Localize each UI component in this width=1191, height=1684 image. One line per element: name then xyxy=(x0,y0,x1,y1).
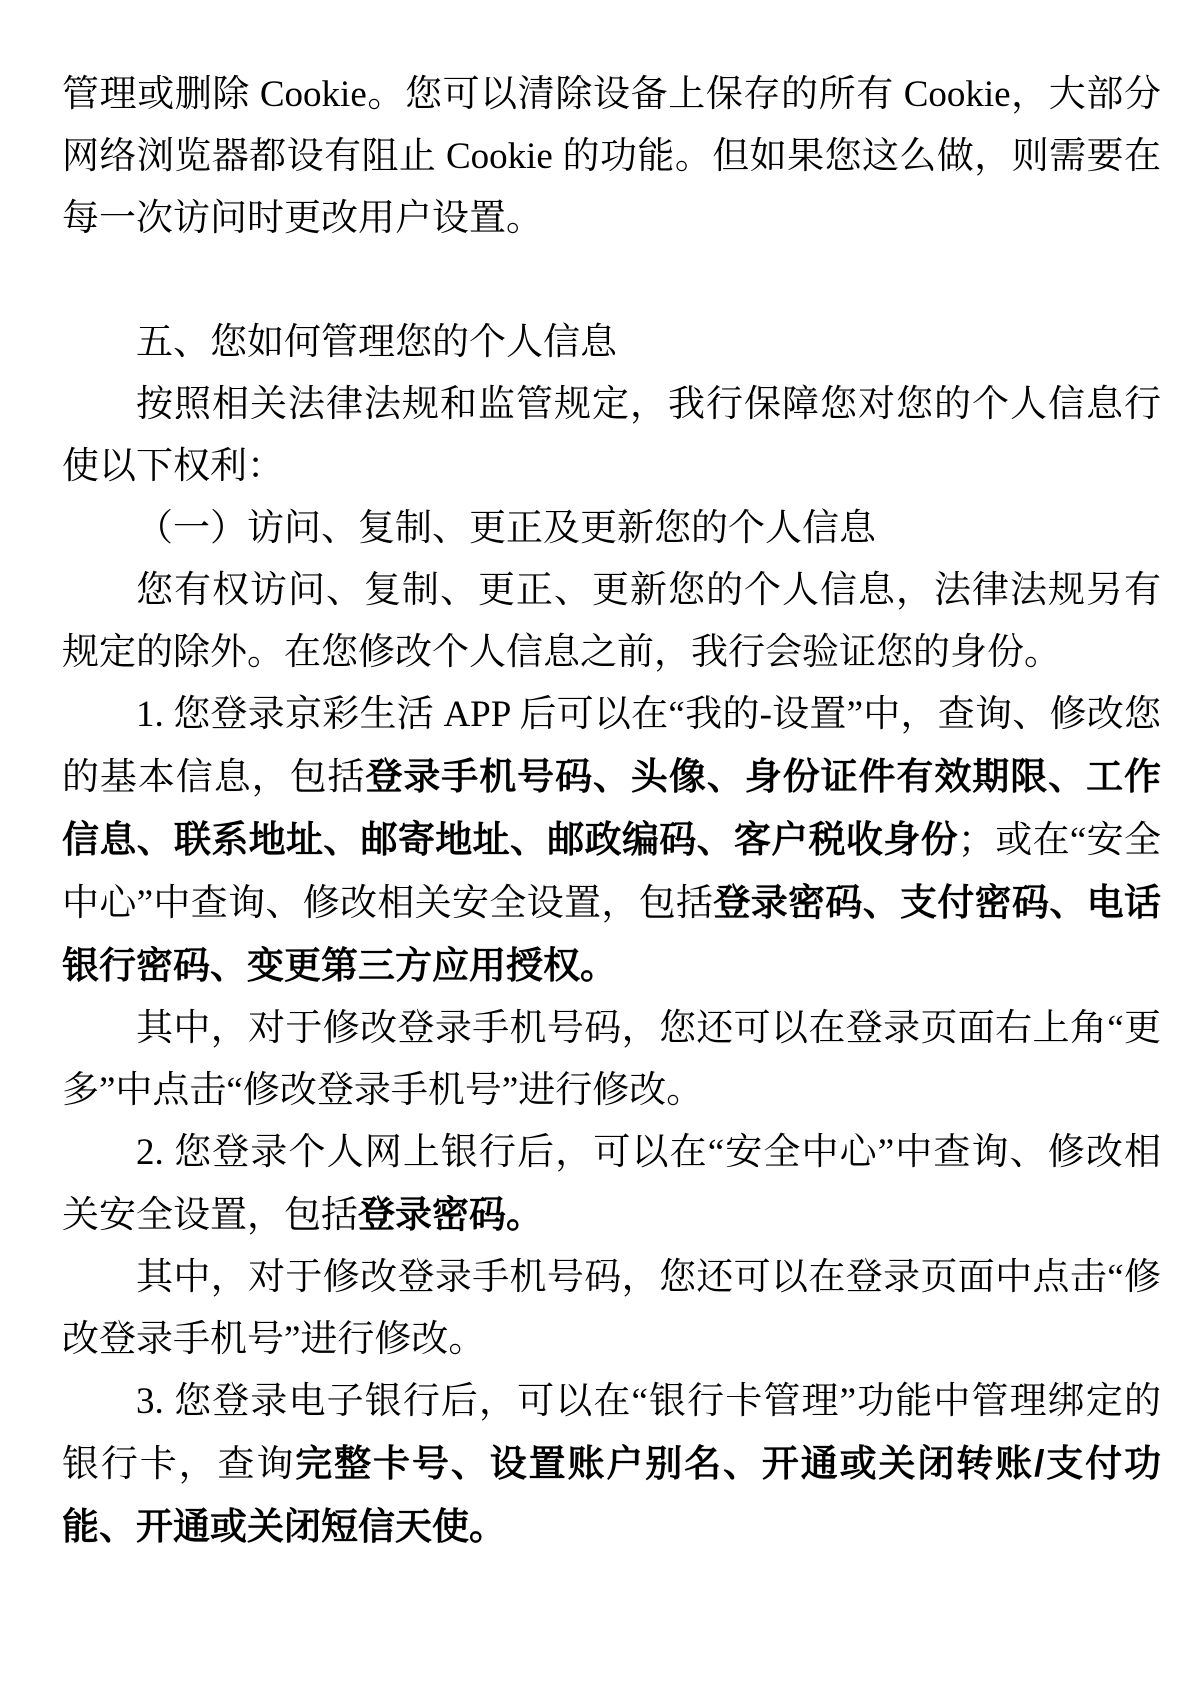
paragraph-access-copy-correct: 您有权访问、复制、更正、更新您的个人信息，法律法规另有规定的除外。在您修改个人信… xyxy=(62,560,1161,684)
paragraph-item-3-ebank-cards: 3. 您登录电子银行后，可以在“银行卡管理”功能中管理绑定的银行卡，查询完整卡号… xyxy=(62,1371,1161,1559)
paragraph-item-1-app-settings: 1. 您登录京彩生活 APP 后可以在“我的-设置”中，查询、修改您的基本信息，… xyxy=(62,684,1161,998)
bold-text-run: 登录密码。 xyxy=(358,1194,543,1235)
paragraph-item-2-note-phone: 其中，对于修改登录手机号码，您还可以在登录页面中点击“修改登录手机号”进行修改。 xyxy=(62,1247,1161,1371)
document-body: 管理或删除 Cookie。您可以清除设备上保存的所有 Cookie，大部分网络浏… xyxy=(62,64,1161,1559)
text-run: 五、您如何管理您的个人信息 xyxy=(136,322,617,363)
text-run: （一）访问、复制、更正及更新您的个人信息 xyxy=(136,508,876,549)
paragraph-item-2-online-banking: 2. 您登录个人网上银行后，可以在“安全中心”中查询、修改相关安全设置，包括登录… xyxy=(62,1122,1161,1247)
text-run: 2. 您登录个人网上银行后，可以在“安全中心”中查询、修改相关安全设置，包括 xyxy=(62,1132,1161,1236)
text-run: 您有权访问、复制、更正、更新您的个人信息，法律法规另有规定的除外。在您修改个人信… xyxy=(62,570,1161,673)
paragraph-rights-intro: 按照相关法律法规和监管规定，我行保障您对您的个人信息行使以下权利： xyxy=(62,374,1161,498)
paragraph-cookie-management-continuation: 管理或删除 Cookie。您可以清除设备上保存的所有 Cookie，大部分网络浏… xyxy=(62,64,1161,250)
document-page: 管理或删除 Cookie。您可以清除设备上保存的所有 Cookie，大部分网络浏… xyxy=(0,0,1191,1684)
text-run: 其中，对于修改登录手机号码，您还可以在登录页面右上角“更多”中点击“修改登录手机… xyxy=(62,1008,1161,1111)
paragraph-item-1-note-phone: 其中，对于修改登录手机号码，您还可以在登录页面右上角“更多”中点击“修改登录手机… xyxy=(62,998,1161,1122)
text-run: 其中，对于修改登录手机号码，您还可以在登录页面中点击“修改登录手机号”进行修改。 xyxy=(62,1257,1161,1360)
text-run: 按照相关法律法规和监管规定，我行保障您对您的个人信息行使以下权利： xyxy=(62,384,1161,487)
heading-subsection-1: （一）访问、复制、更正及更新您的个人信息 xyxy=(62,498,1161,560)
text-run: 管理或删除 Cookie。您可以清除设备上保存的所有 Cookie，大部分网络浏… xyxy=(62,74,1161,239)
heading-section-5: 五、您如何管理您的个人信息 xyxy=(62,312,1161,374)
